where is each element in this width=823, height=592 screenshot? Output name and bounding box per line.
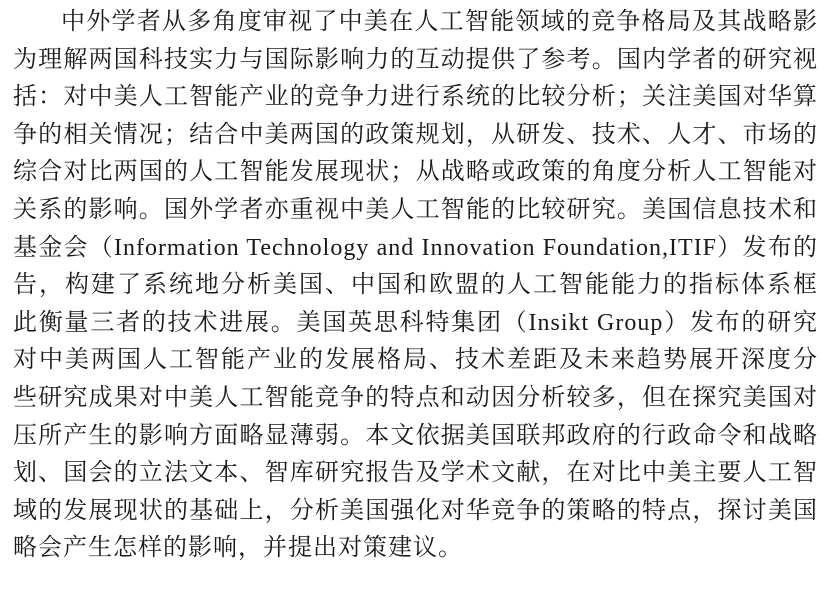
text-line: 争的相关情况；结合中美两国的政策规划，从研发、技术、人才、市场的角度 [13,117,818,155]
text-line: 中外学者从多角度审视了中美在人工智能领域的竞争格局及其战略影响， [13,4,818,42]
text-line: 压所产生的影响方面略显薄弱。本文依据美国联邦政府的行政命令和战略规 [13,418,818,456]
document-page: 中外学者从多角度审视了中美在人工智能领域的竞争格局及其战略影响， 为理解两国科技… [0,0,823,592]
text-line: 综合对比两国的人工智能发展现状；从战略或政策的角度分析人工智能对中美 [13,154,818,192]
text-line: 此衡量三者的技术进展。美国英思科特集团（Insikt Group）发布的研究报告… [13,305,818,343]
text-line: 略会产生怎样的影响，并提出对策建议。 [13,530,818,568]
body-text-paragraph: 中外学者从多角度审视了中美在人工智能领域的竞争格局及其战略影响， 为理解两国科技… [13,4,818,568]
text-line: 对中美两国人工智能产业的发展格局、技术差距及未来趋势展开深度分析。这 [13,342,818,380]
text-line: 些研究成果对中美人工智能竞争的特点和动因分析较多，但在探究美国对华打 [13,380,818,418]
text-line: 基金会（Information Technology and Innovatio… [13,230,818,268]
text-line: 括：对中美人工智能产业的竞争力进行系统的比较分析；关注美国对华算力竞 [13,79,818,117]
text-line: 告，构建了系统地分析美国、中国和欧盟的人工智能能力的指标体系框架，以 [13,267,818,305]
text-line: 关系的影响。国外学者亦重视中美人工智能的比较研究。美国信息技术和创新 [13,192,818,230]
text-line: 为理解两国科技实力与国际影响力的互动提供了参考。国内学者的研究视角包 [13,42,818,80]
text-line: 域的发展现状的基础上，分析美国强化对华竞争的策略的特点，探讨美国的策 [13,493,818,531]
text-line: 划、国会的立法文本、智库研究报告及学术文献，在对比中美主要人工智能领 [13,455,818,493]
